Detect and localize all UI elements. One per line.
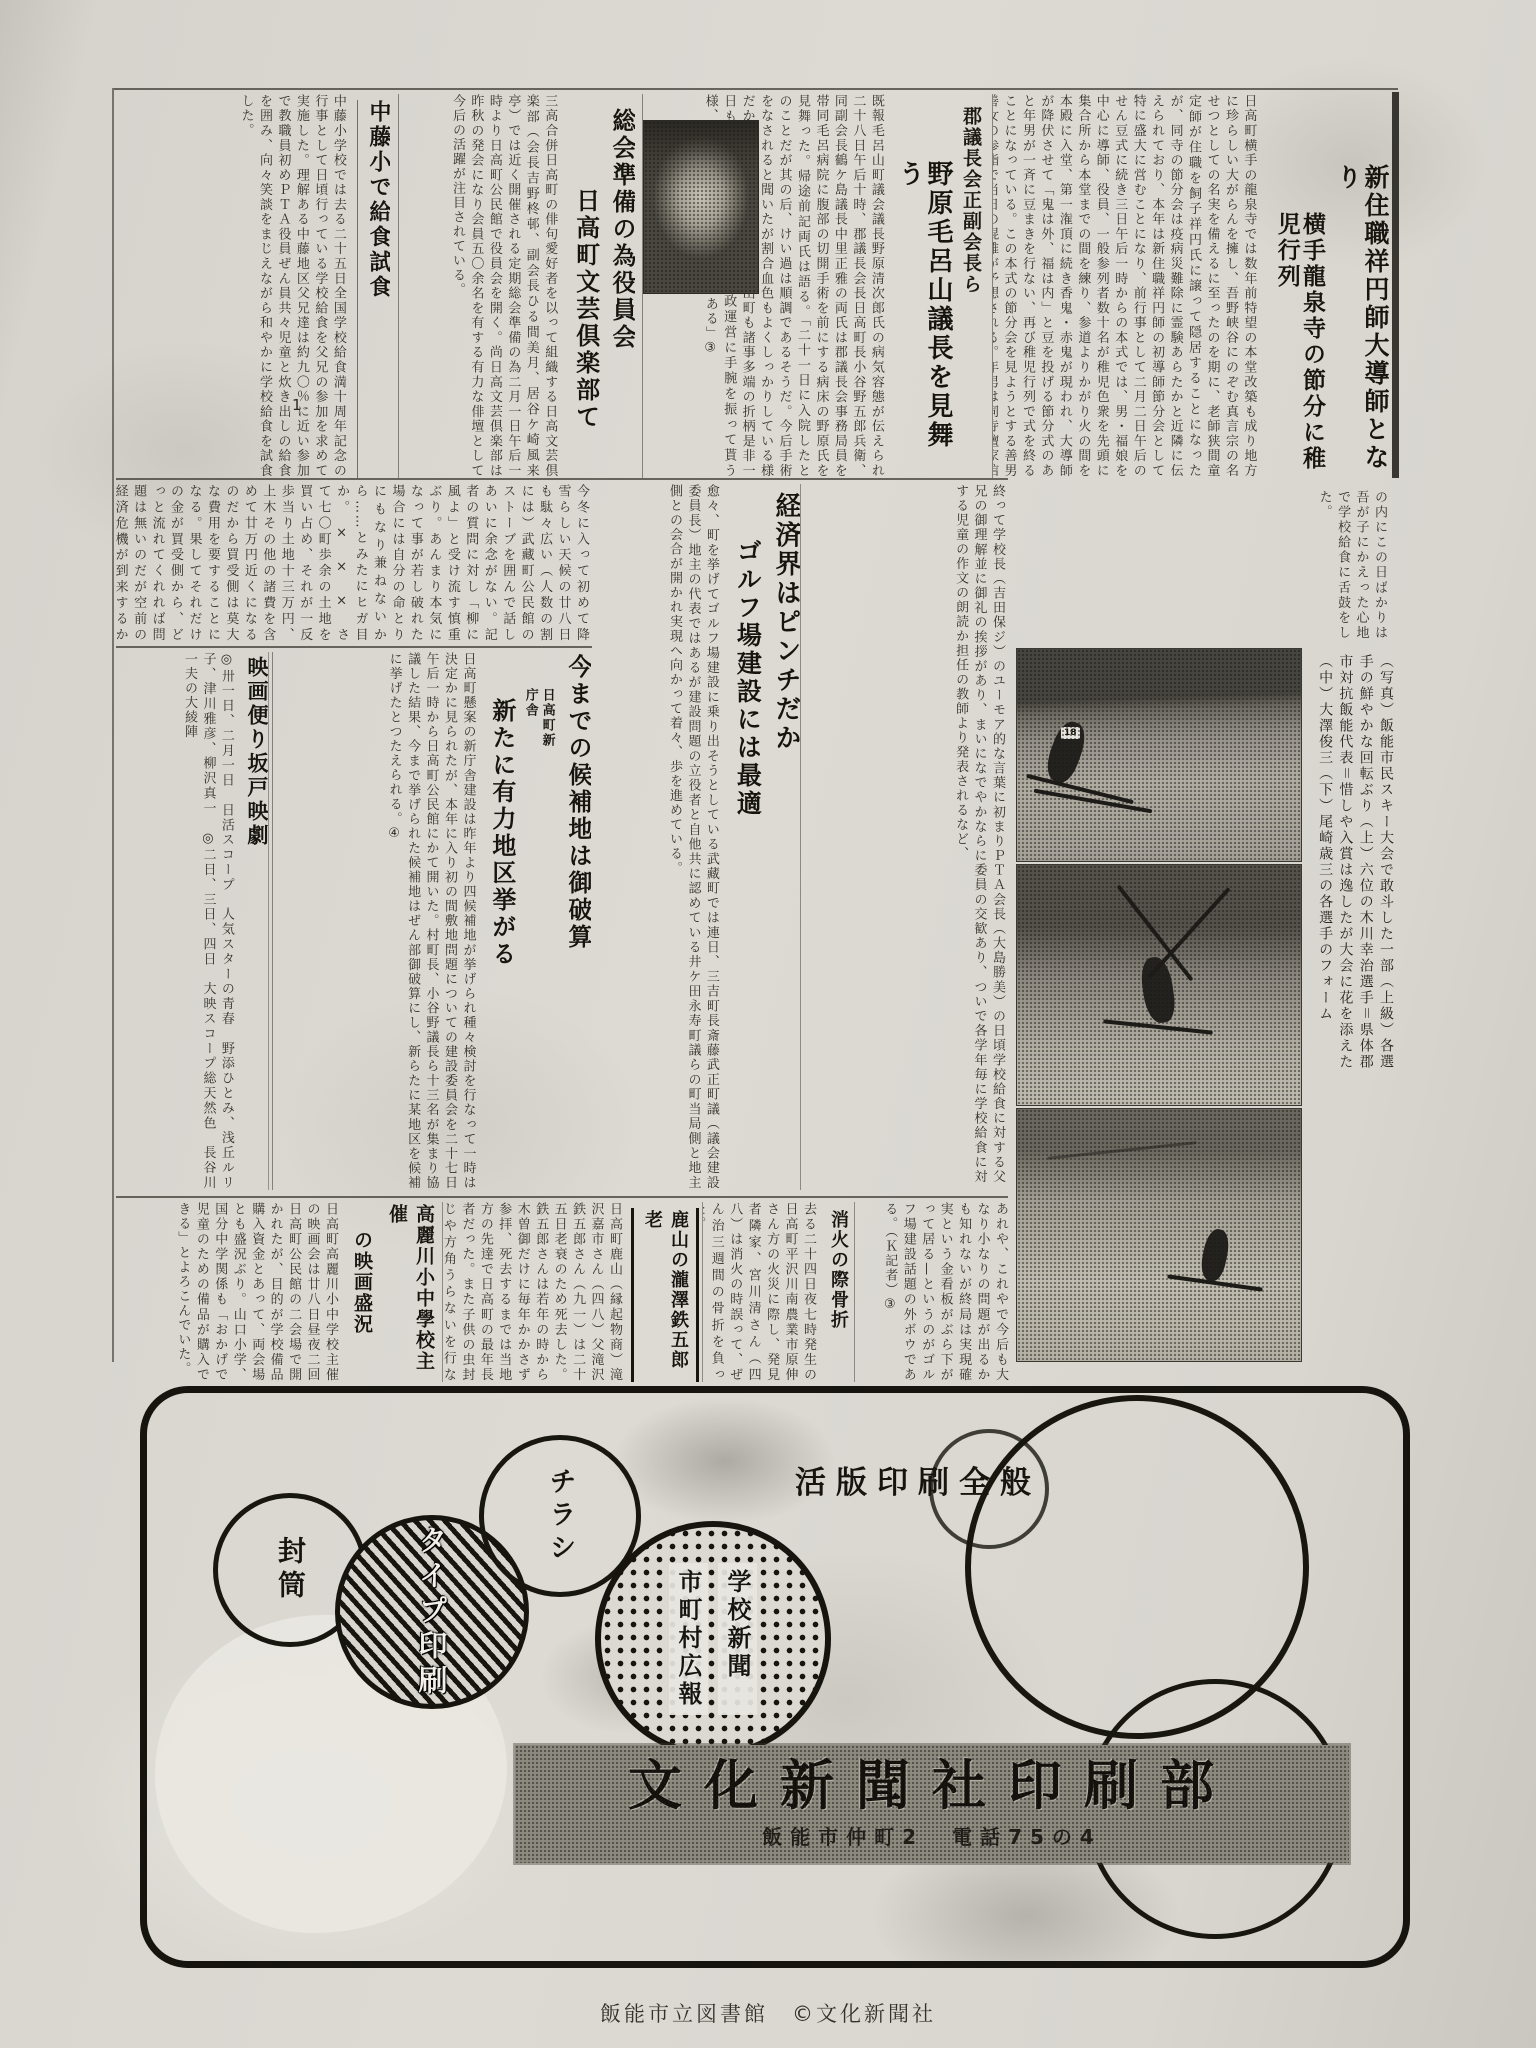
ski-photo-bottom [1016, 1108, 1302, 1362]
article-body: 三高合併日高町の俳句愛好者を以って組織する日高文芸倶楽部（会長吉野柊邨、副会長ひ… [448, 94, 559, 478]
top-rule [114, 88, 1398, 90]
article-body: 終って学校長（吉田保ジ）のユーモア的な言葉に初まりＰＴＡ会長（大島勝美）の日頃学… [951, 484, 1006, 1184]
article-golf-course-continuation: 今冬に入って初めて降雪らしい天候の廿八日も駄々広い（人数の割には）武藏町公民館の… [116, 484, 590, 642]
article-body: の内にこの日ばかりは吾が子にかえった心地で学校給食に舌鼓をした。 [1314, 490, 1388, 640]
article-golf-course-ending: あれや、これやで今后も大なり小なりの問題が出るかも知れないが終局は実現確実という… [854, 1202, 1009, 1382]
ad-banner-address: 飯能市仲町2 電話75の4 [762, 1821, 1102, 1850]
ad-label-municipal-report: 市町村広報 [669, 1563, 708, 1715]
ad-label-flyer: チラシ [541, 1467, 580, 1566]
headline-town-hall-2: 新たに有力地区挙がる [488, 698, 514, 1190]
ad-banner: 文化新聞社印刷部 飯能市仲町2 電話75の4 [515, 1745, 1349, 1863]
headline-golf-2: ゴルフ場建設には最適 [734, 538, 762, 1190]
article-body: ◎卅一日、二月一日 日活スコープ 人気スターの青春 野添ひとみ、浅丘ルリ子、津川… [180, 652, 235, 1190]
ad-label-type-printing: タイプ印刷 [412, 1525, 453, 1700]
article-body: 去る二十四日夜七時発生の日高町平沢川南農業市原伸さん方の火災に際し、発見者隣家、… [702, 1202, 817, 1382]
article-movie-news: 映画便り坂戸映劇 ◎卅一日、二月一日 日活スコープ 人気スターの青春 野添ひとみ… [116, 652, 269, 1190]
ski-photo-middle [1016, 864, 1302, 1106]
ad-label-envelope: 封筒 [270, 1536, 310, 1604]
article-council-chairman-visit: 郡議長会正副会長ら 野原毛呂山議長を見舞う 既報毛呂山町議会議長野原清次郎氏の病… [642, 94, 985, 478]
article-body: 愈々、町を挙げてゴルフ場建設に乗り出そうとしている武藏町では連日、三吉町長斎藤武… [665, 484, 720, 1190]
caption-text: （写真）飯能市民スキー大会で敢斗した一部（上級）各選手の鮮やかな回転ぶり（上）六… [1315, 654, 1396, 1072]
article-body: 日高町横手の龍泉寺では数年前特望の本堂改築も成り地方に珍らしい大がらんを擁し、吾… [992, 94, 1257, 478]
headline-golf-1: 経済界はピンチだか [771, 492, 800, 1190]
article-body: 日高町鹿山（縁起物商）滝沢嘉市さん（四八）父滝沢鉄五郎さん（九一）は二十五日老衰… [442, 1202, 623, 1382]
headline-literary-1: 総会準備の為役員会 [609, 108, 635, 478]
ad-letterpress-text: 活版印刷全般 [795, 1457, 1041, 1502]
page-number: 1 [292, 396, 302, 414]
headline-new-priest-1: 新住職祥円師大導師となり [1334, 164, 1389, 478]
headline-movie-news: 映画便り坂戸映劇 [245, 656, 268, 1190]
article-new-priest: 新住職祥円師大導師となり 横手龍泉寺の節分に稚児行列 日高町横手の龍泉寺では数年… [992, 94, 1389, 478]
article-golf-course: 経済界はピンチだか ゴルフ場建設には最適 愈々、町を挙げてゴルフ場建設に乗り出そ… [594, 484, 801, 1190]
ad-label-school-newspaper: 学校新聞 [718, 1563, 757, 1715]
rule-bottom-band [116, 1196, 1008, 1198]
headline-town-hall-1: 今までの候補地は御破算 [565, 654, 591, 1190]
headline-council-visit: 野原毛呂山議長を見舞う [895, 160, 952, 478]
newspaper-page: 新住職祥円師大導師となり 横手龍泉寺の節分に稚児行列 日高町横手の龍泉寺では数年… [0, 0, 1536, 2048]
article-school-lunch: 中藤小で給食試食 中藤小学校では去る二十五日全国学校給食満十周年記念の行事として… [116, 94, 390, 478]
right-edge-bar [1392, 92, 1399, 478]
headline-new-priest-2: 横手龍泉寺の節分に稚児行列 [1273, 212, 1324, 478]
article-town-hall-site: 今までの候補地は御破算 日高町新庁舎 新たに有力地区挙がる 日高町懸案の新庁舎建… [272, 652, 591, 1190]
headline-literary-2: 日高町文芸倶楽部て [572, 188, 598, 478]
article-body: 中藤小学校では去る二十五日全国学校給食満十周年記念の行事として日頃行っている学校… [236, 94, 347, 478]
headline-firefighting: 消火の際骨折 [825, 1210, 851, 1382]
headline-school-lunch: 中藤小で給食試食 [357, 100, 390, 478]
article-school-lunch-continuation-2: 終って学校長（吉田保ジ）のユーモア的な言葉に初まりＰＴＡ会長（大島勝美）の日頃学… [806, 484, 1006, 1184]
slope-track-line [1047, 1141, 1196, 1160]
article-obituary: 鹿山の瀧澤鉄五郎老 日高町鹿山（縁起物商）滝沢嘉市さん（四八）父滝沢鉄五郎さん（… [442, 1202, 699, 1382]
article-body: 日高町懸案の新庁舎建設は昨年より四候補地が挙げられ種々検討を行なって一時は決定か… [384, 652, 476, 1190]
ski-photo-caption: （写真）飯能市民スキー大会で敢斗した一部（上級）各選手の鮮やかな回転ぶり（上）六… [1304, 654, 1396, 1072]
print-shop-advertisement: 封筒 タイプ印刷 チラシ 市町村広報 学校新聞 活版印刷全般 文化新聞社印刷部 … [140, 1386, 1410, 1968]
article-body: 今冬に入って初めて降雪らしい天候の廿八日も駄々広い（人数の割には）武藏町公民館の… [116, 484, 590, 642]
skier-figure [1198, 1227, 1232, 1283]
ad-circle-municipal-news: 市町村広報 学校新聞 [595, 1521, 831, 1757]
headline-school-movie-2: の映画盛況 [349, 1230, 376, 1382]
left-rule [112, 88, 114, 1362]
article-body: あれや、これやで今后も大なり小なりの問題が出るかも知れないが終局は実現確実という… [880, 1202, 1009, 1382]
article-school-movie-event: 高麗川小中學校主催 の映画盛況 日高町高麗川小中学校主催の映画会は廿八日昼夜二回… [116, 1202, 438, 1382]
ski-photo-top: 18 [1016, 648, 1302, 862]
rule-mid-left [116, 646, 592, 648]
headline-school-movie-1: 高麗川小中學校主催 [384, 1204, 438, 1382]
kicker: 日高町新庁舎 [521, 688, 555, 748]
article-school-lunch-continuation: の内にこの日ばかりは吾が子にかえった心地で学校給食に舌鼓をした。 [1016, 490, 1388, 640]
rule-under-top-band [116, 478, 1008, 480]
kicker: 郡議長会正副会長ら [958, 106, 985, 478]
article-body: 日高町高麗川小中学校主催の映画会は廿八日昼夜二回日高町公民館の二会場で開かれたが… [173, 1202, 339, 1382]
bib-number: 18 [1061, 727, 1080, 739]
headline-obituary: 鹿山の瀧澤鉄五郎老 [631, 1208, 699, 1382]
ad-banner-title: 文化新聞社印刷部 [628, 1759, 1236, 1813]
article-literary-club: 総会準備の為役員会 日高町文芸倶楽部て 三高合併日高町の俳句愛好者を以って組織す… [398, 94, 635, 478]
portrait-photo [643, 120, 759, 294]
article-firefighting-injury: 消火の際骨折 去る二十四日夜七時発生の日高町平沢川南農業市原伸さん方の火災に際し… [702, 1202, 851, 1382]
library-credit-footer: 飯能市立図書館 ©文化新聞社 [0, 1998, 1536, 2028]
ski-pole-line [1147, 887, 1230, 979]
